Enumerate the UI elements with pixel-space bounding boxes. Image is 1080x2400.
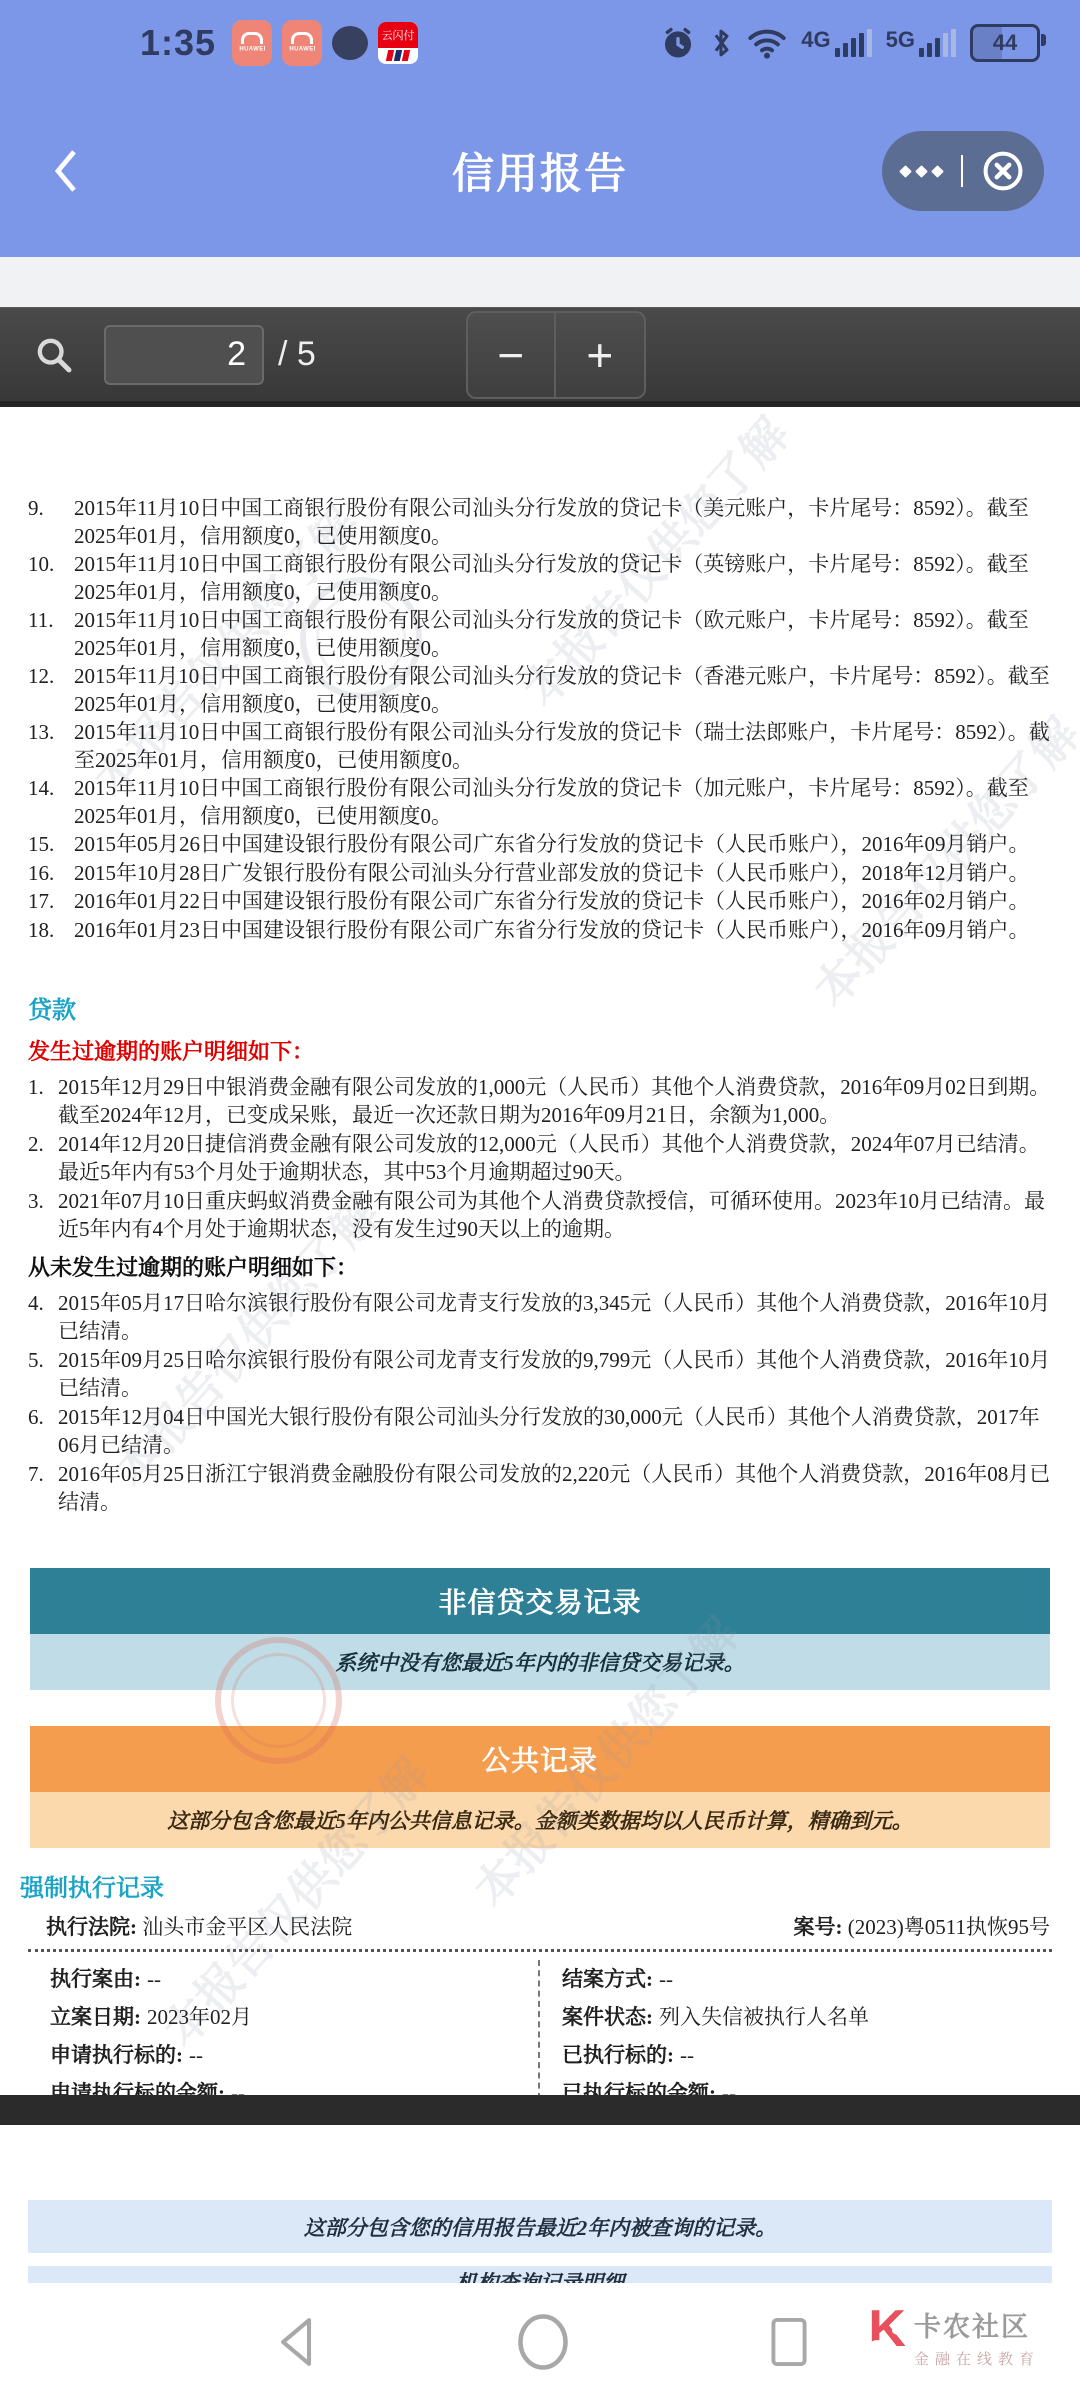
- table-row: 申请执行标的:--: [50, 2036, 538, 2074]
- battery-indicator: 44: [970, 24, 1040, 62]
- case-number: (2023)粤0511执恢95号: [848, 1915, 1050, 1939]
- nav-back-icon[interactable]: [265, 2312, 323, 2372]
- huawei-appgallery-icon: HUAWEI: [232, 20, 272, 66]
- kanong-logo-icon: K: [868, 2305, 906, 2353]
- public-records-banner: 公共记录: [30, 1726, 1050, 1792]
- table-row: 案件状态:列入失信被执行人名单: [562, 1998, 1052, 2036]
- overdue-heading: 发生过逾期的账户明细如下：: [28, 1035, 1052, 1066]
- loans-heading: 贷款: [28, 990, 1052, 1025]
- list-item: 16.2015年10月28日广发银行股份有限公司汕头分行营业部发放的贷记卡（人民…: [28, 860, 1052, 888]
- capsule-divider: [961, 155, 963, 187]
- app-header: 信用报告: [0, 85, 1080, 257]
- message-bubble-icon: [332, 26, 368, 60]
- more-button[interactable]: [901, 167, 942, 176]
- enforcement-right-column: 结案方式:--案件状态:列入失信被执行人名单已执行标的:--已执行标的金额:--: [540, 1960, 1052, 2095]
- pdf-page-2[interactable]: 本报告仅供您了解 本报告仅供您了解 本报告仅供您了解 本报告仅供您了解 本报告仅…: [0, 407, 1080, 2095]
- noncredit-section-banner: 非信贷交易记录: [30, 1568, 1050, 1634]
- credit-card-list: 9.2015年11月10日中国工商银行股份有限公司汕头分行发放的贷记卡（美元账户…: [28, 495, 1052, 944]
- clock-time: 1:35: [140, 22, 216, 64]
- list-item: 6.2015年12月04日中国光大银行股份有限公司汕头分行发放的30,000元（…: [28, 1404, 1052, 1459]
- enforcement-header-row: 执行法院: 汕头市金平区人民法院 案号: (2023)粤0511执恢95号: [28, 1911, 1052, 1949]
- enforcement-left-column: 执行案由:--立案日期:2023年02月申请执行标的:--申请执行标的金额:--…: [28, 1960, 540, 2095]
- overdue-loan-list: 1.2015年12月29日中银消费金融有限公司发放的1,000元（人民币）其他个…: [28, 1074, 1052, 1243]
- list-item: 18.2016年01月23日中国建设银行股份有限公司广东省分行发放的贷记卡（人民…: [28, 917, 1052, 945]
- pdf-page-3-partial[interactable]: 这部分包含您的信用报告最近2年内被查询的记录。 机构查询记录明细: [0, 2125, 1080, 2283]
- alarm-icon: [661, 26, 695, 60]
- nav-home-icon[interactable]: [513, 2309, 573, 2375]
- page-total-label: / 5: [278, 335, 316, 374]
- search-icon[interactable]: [34, 335, 74, 375]
- table-row: 已执行标的金额:--: [562, 2074, 1052, 2095]
- list-item: 11.2015年11月10日中国工商银行股份有限公司汕头分行发放的贷记卡（欧元账…: [28, 607, 1052, 662]
- table-row: 结案方式:--: [562, 1960, 1052, 1998]
- status-bar: 1:35 HUAWEI HUAWEI 云闪付 4G 5G 44: [0, 0, 1080, 85]
- public-records-note: 这部分包含您最近5年内公共信息记录。金额类数据均以人民币计算，精确到元。: [30, 1792, 1050, 1848]
- table-row: 立案日期:2023年02月: [50, 1998, 538, 2036]
- table-row: 申请执行标的金额:--: [50, 2074, 538, 2095]
- page-separator: [0, 2095, 1080, 2125]
- list-item: 3.2021年07月10日重庆蚂蚁消费金融有限公司为其他个人消费贷款授信，可循环…: [28, 1188, 1052, 1243]
- brand-name: 卡农社区: [914, 2305, 1040, 2344]
- list-item: 10.2015年11月10日中国工商银行股份有限公司汕头分行发放的贷记卡（英镑账…: [28, 551, 1052, 606]
- page-number-input[interactable]: [104, 325, 264, 385]
- list-item: 9.2015年11月10日中国工商银行股份有限公司汕头分行发放的贷记卡（美元账户…: [28, 495, 1052, 550]
- network-4g-indicator: 4G: [801, 29, 871, 57]
- enforcement-heading: 强制执行记录: [20, 1868, 1052, 1903]
- header-gap: [0, 257, 1080, 307]
- system-nav-bar: K 卡农社区 金融在线教育: [0, 2283, 1080, 2400]
- list-item: 12.2015年11月10日中国工商银行股份有限公司汕头分行发放的贷记卡（香港元…: [28, 663, 1052, 718]
- clean-loan-list: 4.2015年05月17日哈尔滨银行股份有限公司龙青支行发放的3,345元（人民…: [28, 1290, 1052, 1516]
- list-item: 17.2016年01月22日中国建设银行股份有限公司广东省分行发放的贷记卡（人民…: [28, 888, 1052, 916]
- close-button[interactable]: [981, 149, 1025, 193]
- list-item: 13.2015年11月10日中国工商银行股份有限公司汕头分行发放的贷记卡（瑞士法…: [28, 719, 1052, 774]
- network-5g-indicator: 5G: [886, 29, 956, 57]
- list-item: 5.2015年09月25日哈尔滨银行股份有限公司龙青支行发放的9,799元（人民…: [28, 1347, 1052, 1402]
- unionpay-quickpass-icon: 云闪付: [378, 22, 418, 64]
- list-item: 15.2015年05月26日中国建设银行股份有限公司广东省分行发放的贷记卡（人民…: [28, 831, 1052, 859]
- pdf-toolbar: / 5 − +: [0, 307, 1080, 407]
- list-item: 1.2015年12月29日中银消费金融有限公司发放的1,000元（人民币）其他个…: [28, 1074, 1052, 1129]
- notification-icons: HUAWEI HUAWEI 云闪付: [232, 20, 418, 66]
- zoom-out-button[interactable]: −: [466, 311, 556, 399]
- clean-heading: 从未发生过逾期的账户明细如下：: [28, 1251, 1052, 1282]
- query-section-note: 这部分包含您的信用报告最近2年内被查询的记录。: [28, 2200, 1052, 2253]
- list-item: 14.2015年11月10日中国工商银行股份有限公司汕头分行发放的贷记卡（加元账…: [28, 775, 1052, 830]
- list-item: 7.2016年05月25日浙江宁银消费金融股份有限公司发放的2,220元（人民币…: [28, 1461, 1052, 1516]
- list-item: 4.2015年05月17日哈尔滨银行股份有限公司龙青支行发放的3,345元（人民…: [28, 1290, 1052, 1345]
- table-row: 已执行标的:--: [562, 2036, 1052, 2074]
- huawei-app-icon: HUAWEI: [282, 20, 322, 66]
- bluetooth-icon: [709, 26, 733, 60]
- brand-tagline: 金融在线教育: [914, 2348, 1040, 2369]
- noncredit-section-note: 系统中没有您最近5年内的非信贷交易记录。: [30, 1634, 1050, 1690]
- community-watermark: K 卡农社区 金融在线教育: [868, 2305, 1040, 2369]
- court-value: 汕头市金平区人民法院: [142, 1915, 352, 1939]
- table-row: 执行案由:--: [50, 1960, 538, 1998]
- list-item: 2.2014年12月20日捷信消费金融有限公司发放的12,000元（人民币）其他…: [28, 1131, 1052, 1186]
- zoom-in-button[interactable]: +: [556, 311, 646, 399]
- clipped-subheading: 机构查询记录明细: [28, 2266, 1052, 2283]
- wifi-icon: [747, 26, 787, 60]
- miniapp-capsule: [882, 131, 1044, 211]
- enforcement-table: 执行案由:--立案日期:2023年02月申请执行标的:--申请执行标的金额:--…: [28, 1949, 1052, 2095]
- nav-recents-icon[interactable]: [763, 2312, 815, 2372]
